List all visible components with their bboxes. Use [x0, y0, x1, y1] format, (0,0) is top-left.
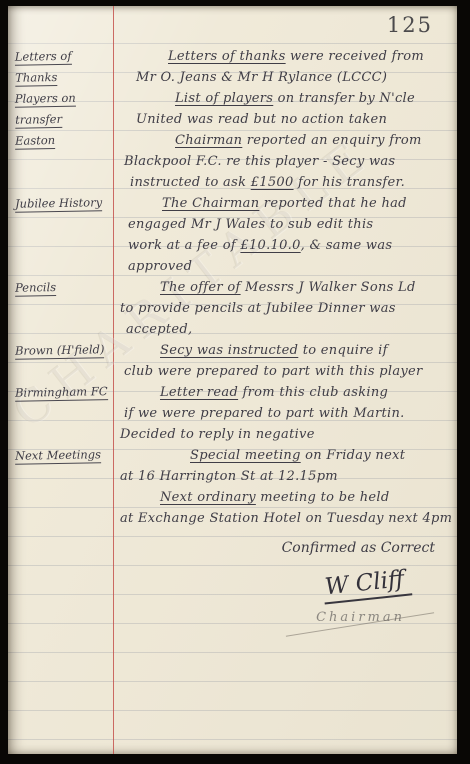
minute-entry: Brown (H'field)Secy was instructed to en… — [8, 340, 457, 382]
entry-body: List of players on transfer by N'cleUnit… — [108, 88, 457, 130]
closing-block: Confirmed as Correct W Cliff Chairman — [8, 536, 457, 625]
entry-line: Next ordinary meeting to be held — [120, 487, 453, 508]
entry-line: at Exchange Station Hotel on Tuesday nex… — [120, 508, 453, 529]
entry-body: Special meeting on Friday nextat 16 Harr… — [108, 445, 457, 529]
minute-entry: Next MeetingsSpecial meeting on Friday n… — [8, 445, 457, 529]
entry-line: accepted, — [120, 319, 453, 340]
confirmed-as-correct: Confirmed as Correct — [8, 536, 457, 560]
minute-book-page: CHARITABLE 125 Letters of ThanksLetters … — [8, 6, 457, 754]
entry-body: Letter read from this club askingif we w… — [108, 382, 457, 445]
entry-body: Chairman reported an enquiry fromBlackpo… — [108, 130, 457, 193]
entry-line: Decided to reply in negative — [120, 424, 453, 445]
entry-heading: Letters of Thanks — [8, 45, 109, 89]
entry-line: Blackpool F.C. re this player - Secy was — [120, 151, 453, 172]
entry-body: The offer of Messrs J Walker Sons Ldto p… — [108, 277, 457, 340]
minute-entry: PencilsThe offer of Messrs J Walker Sons… — [8, 277, 457, 340]
signature: W Cliff — [8, 570, 457, 600]
entry-line: Letters of thanks were received from — [120, 46, 453, 67]
minute-entry: EastonChairman reported an enquiry fromB… — [8, 130, 457, 193]
entry-line: work at a fee of £10.10.0, & same was — [120, 235, 453, 256]
entry-heading: Brown (H'field) — [8, 339, 108, 362]
entry-line: approved — [120, 256, 453, 277]
entry-body: Secy was instructed to enquire ifclub we… — [108, 340, 457, 382]
entries: Letters of ThanksLetters of thanks were … — [8, 46, 457, 529]
entry-heading: Pencils — [8, 276, 108, 299]
entry-line: Mr O. Jeans & Mr H Rylance (LCCC) — [120, 67, 453, 88]
entry-line: Special meeting on Friday next — [120, 445, 453, 466]
entry-heading: Next Meetings — [8, 444, 108, 467]
minute-entry: Letters of ThanksLetters of thanks were … — [8, 46, 457, 88]
page-number: 125 — [387, 13, 433, 37]
entry-line: Chairman reported an enquiry from — [120, 130, 453, 151]
entry-line: club were prepared to part with this pla… — [120, 361, 453, 382]
minute-entry: Jubilee HistoryThe Chairman reported tha… — [8, 193, 457, 277]
entry-heading: Jubilee History — [8, 192, 108, 215]
entry-line: List of players on transfer by N'cle — [120, 88, 453, 109]
entry-heading: Easton — [8, 129, 108, 152]
signature-role: Chairman — [8, 610, 457, 625]
entry-line: at 16 Harrington St at 12.15pm — [120, 466, 453, 487]
minute-entry: Birmingham FCLetter read from this club … — [8, 382, 457, 445]
entry-line: to provide pencils at Jubilee Dinner was — [120, 298, 453, 319]
entry-heading: Birmingham FC — [8, 381, 108, 404]
entry-line: The Chairman reported that he had — [120, 193, 453, 214]
entry-line: instructed to ask £1500 for his transfer… — [120, 172, 453, 193]
entry-line: United was read but no action taken — [120, 109, 453, 130]
entry-line: The offer of Messrs J Walker Sons Ld — [120, 277, 453, 298]
entry-heading: Players on transfer — [8, 87, 109, 131]
entry-body: Letters of thanks were received fromMr O… — [108, 46, 457, 88]
entry-line: if we were prepared to part with Martin. — [120, 403, 453, 424]
signature-name: W Cliff — [322, 566, 412, 605]
entry-line: Secy was instructed to enquire if — [120, 340, 453, 361]
entry-body: The Chairman reported that he hadengaged… — [108, 193, 457, 277]
minute-entry: Players on transferList of players on tr… — [8, 88, 457, 130]
entry-line: engaged Mr J Wales to sub edit this — [120, 214, 453, 235]
entry-line: Letter read from this club asking — [120, 382, 453, 403]
